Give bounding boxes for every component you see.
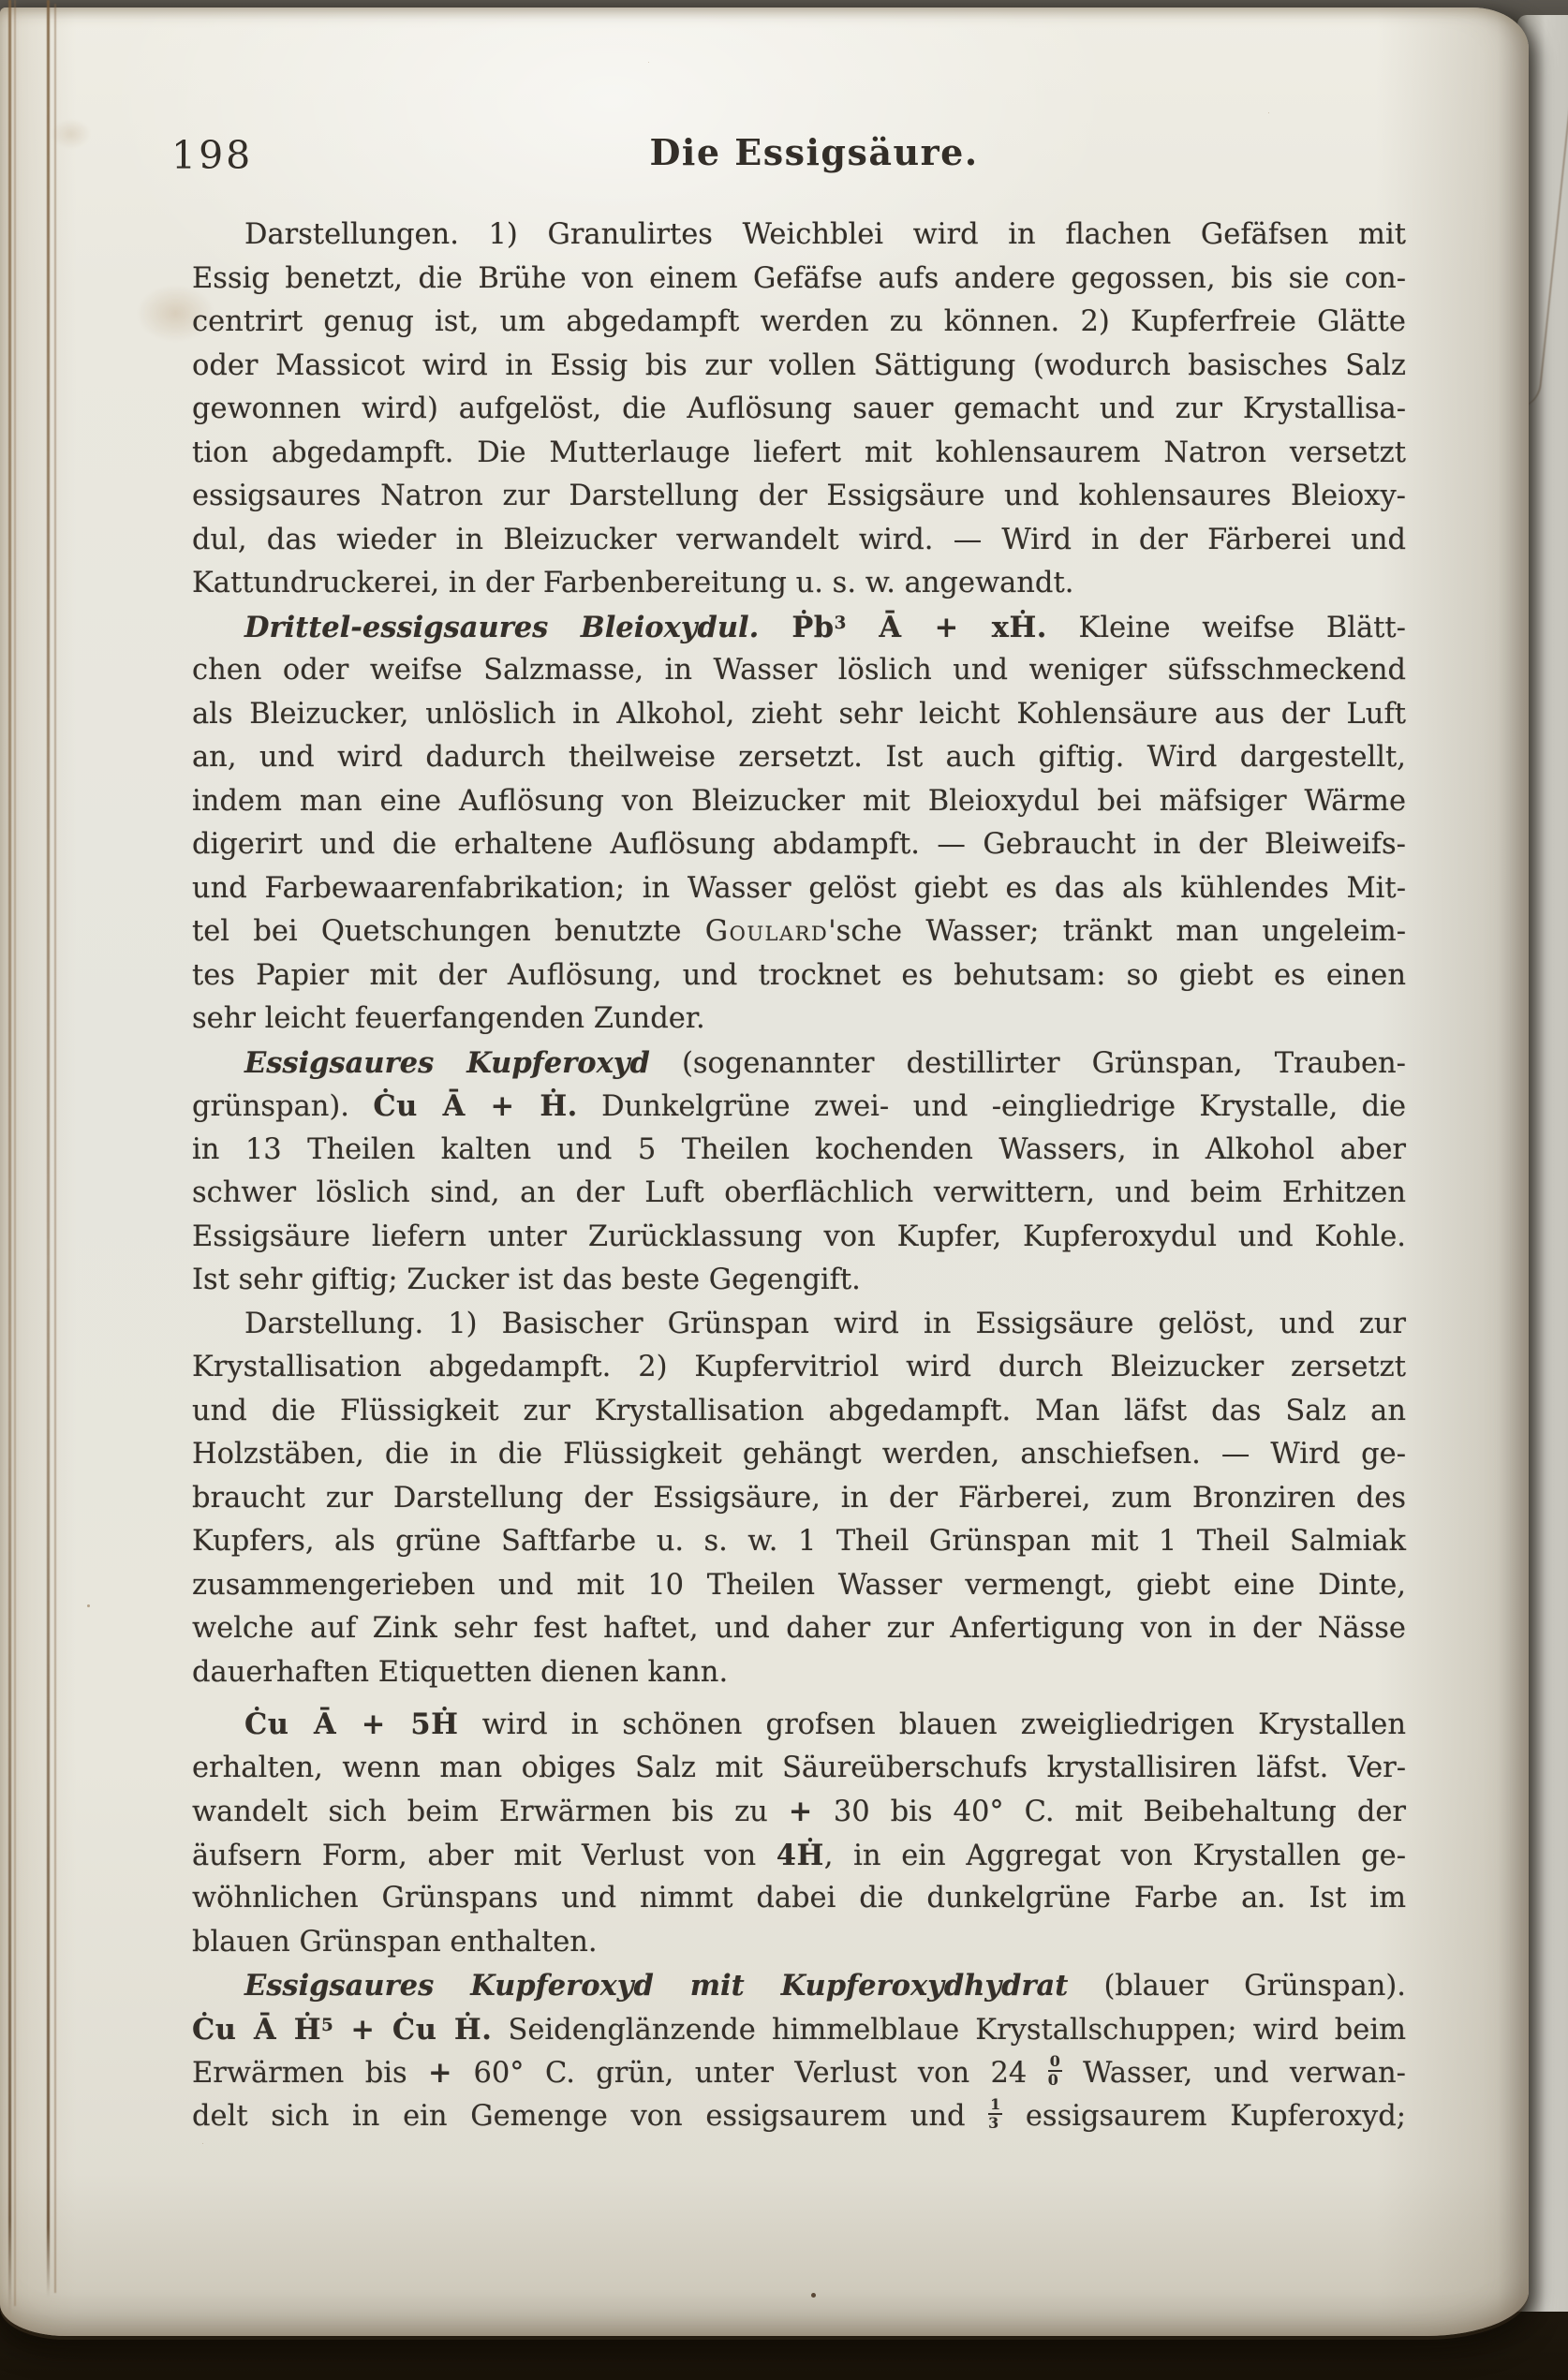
text-run: Essigsäure liefern unter Zurücklassung v… — [192, 1220, 1406, 1253]
text-run: Darstellungen. 1) Granulirtes Weichblei … — [244, 218, 1406, 251]
page-edge-line — [54, 4, 56, 2293]
text-line: dauerhaften Etiquetten dienen kann. — [192, 1651, 1406, 1695]
text-run: Essigsaures Kupferoxyd mit Kupferoxydhyd… — [244, 1969, 1068, 2003]
text-line: delt sich in ein Gemenge von essigsaurem… — [192, 2095, 1406, 2139]
chemical-formula: + — [428, 2056, 452, 2090]
text-line: tes Papier mit der Auflösung, und trockn… — [192, 954, 1406, 998]
text-line: grünspan). Ċu Ā + Ḣ. Dunkelgrüne zwei- … — [192, 1085, 1406, 1129]
text-line: Essig benetzt, die Brühe von einem Gefäf… — [192, 258, 1406, 302]
page-content: 198 Die Essigsäure. Darstellungen. 1) Gr… — [192, 131, 1406, 2138]
text-line: als Bleizucker, unlöslich in Alkohol, zi… — [192, 693, 1406, 737]
text-run: centrirt genug ist, um abgedampft werden… — [192, 305, 1406, 338]
text-run: blauen Grünspan enthalten. — [192, 1926, 598, 1959]
page-body-text: Darstellungen. 1) Granulirtes Weichblei … — [192, 214, 1406, 2138]
page-header: 198 Die Essigsäure. — [192, 131, 1406, 189]
text-run: Drittel-essigsaures Bleioxydul. — [244, 611, 759, 644]
text-line: Krystallisation abgedampft. 2) Kupfervit… — [192, 1346, 1406, 1390]
text-run: in 13 Theilen kalten und 5 Theilen koche… — [192, 1133, 1406, 1166]
text-line: Ċu Ā + 5Ḣ wird in schönen grofsen blaue… — [192, 1703, 1406, 1747]
text-run: welche auf Zink sehr fest haftet, und da… — [192, 1612, 1406, 1645]
text-line: Ist sehr giftig; Zucker ist das beste Ge… — [192, 1259, 1406, 1303]
text-line: zusammengerieben und mit 10 Theilen Wass… — [192, 1564, 1406, 1608]
text-run: 5 — [321, 2015, 333, 2034]
text-run: digerirt und die erhaltene Auflösung abd… — [192, 828, 1406, 861]
paragraph: Darstellung. 1) Basischer Grünspan wird … — [192, 1303, 1406, 1695]
text-line: erhalten, wenn man obiges Salz mit Säure… — [192, 1747, 1406, 1791]
paragraph: Essigsaures Kupferoxyd (sogenannter dest… — [192, 1042, 1406, 1303]
text-run: dul, das wieder in Bleizucker verwandelt… — [192, 524, 1406, 556]
text-run: Krystallisation abgedampft. 2) Kupfervit… — [192, 1351, 1406, 1383]
text-run: sehr leicht feuerfangenden Zunder. — [192, 1002, 705, 1035]
text-line: blauen Grünspan enthalten. — [192, 1921, 1406, 1965]
text-line: Holzstäben, die in die Flüssigkeit gehän… — [192, 1433, 1406, 1477]
text-line: Kattundruckerei, in der Farbenbereitung … — [192, 562, 1406, 606]
text-line: dul, das wieder in Bleizucker verwandelt… — [192, 519, 1406, 563]
text-line: und die Flüssigkeit zur Krystallisation … — [192, 1390, 1406, 1434]
paragraph: Essigsaures Kupferoxyd mit Kupferoxydhyd… — [192, 1964, 1406, 2138]
page-edge-line — [47, 0, 50, 2297]
text-line: tion abgedampft. Die Mutterlauge liefert… — [192, 432, 1406, 476]
text-run: Ist sehr giftig; Zucker ist das beste Ge… — [192, 1264, 861, 1296]
text-run: Essigsaures Kupferoxyd — [244, 1046, 650, 1080]
paragraph: Drittel-essigsaures Bleioxydul. Ṗb3 Ā + … — [192, 606, 1406, 1042]
paragraph: Darstellungen. 1) Granulirtes Weichblei … — [192, 214, 1406, 606]
text-run: chen oder weifse Salzmasse, in Wasser lö… — [192, 654, 1406, 687]
text-line: Drittel-essigsaures Bleioxydul. Ṗb3 Ā + … — [192, 606, 1406, 650]
text-line: indem man eine Auflösung von Bleizucker … — [192, 780, 1406, 824]
text-run: wöhnlichen Grünspans und nimmt dabei die… — [192, 1882, 1406, 1914]
chemical-formula: Ċu Ā + Ḣ. — [373, 1089, 577, 1123]
paper-specks — [0, 0, 5, 5]
text-run: tes Papier mit der Auflösung, und trockn… — [192, 959, 1406, 992]
text-line: Darstellung. 1) Basischer Grünspan wird … — [192, 1303, 1406, 1347]
text-run: indem man eine Auflösung von Bleizucker … — [192, 785, 1406, 818]
text-run: Darstellung. 1) Basischer Grünspan wird … — [244, 1308, 1406, 1340]
text-run: delt sich in ein Gemenge von essigsaurem… — [192, 2100, 988, 2133]
chemical-formula: Ā + xḢ. — [846, 611, 1047, 644]
text-run: 3 — [835, 613, 847, 632]
text-line: Essigsaures Kupferoxyd mit Kupferoxydhyd… — [192, 1964, 1406, 2008]
page-edge-line — [8, 0, 11, 2313]
text-line: braucht zur Darstellung der Essigsäure, … — [192, 1477, 1406, 1521]
text-run: Kupfers, als grüne Saftfarbe u. s. w. 1 … — [192, 1525, 1406, 1558]
text-run: wird in schönen grofsen blauen zweiglied… — [458, 1708, 1406, 1741]
text-run: Kattundruckerei, in der Farbenbereitung … — [192, 567, 1073, 599]
text-run: (blauer Grünspan). — [1068, 1970, 1406, 2003]
text-run: und Farbewaarenfabrikation; in Wasser ge… — [192, 872, 1406, 905]
chemical-formula: Ċu Ā + 5Ḣ — [244, 1707, 458, 1741]
text-line: gewonnen wird) aufgelöst, die Auflösung … — [192, 388, 1406, 432]
text-run: Holzstäben, die in die Flüssigkeit gehän… — [192, 1438, 1406, 1471]
text-line: wandelt sich beim Erwärmen bis zu + 30 b… — [192, 1790, 1406, 1834]
text-line: oder Massicot wird in Essig bis zur voll… — [192, 345, 1406, 389]
page-edge-line — [14, 0, 16, 2306]
chemical-formula: 4Ḣ — [777, 1839, 824, 1872]
chemical-formula: Ċu Ā Ḣ — [192, 2013, 321, 2047]
text-run: dauerhaften Etiquetten dienen kann. — [192, 1656, 728, 1689]
text-run: an, und wird dadurch theilweise zersetzt… — [192, 741, 1406, 774]
text-run: und die Flüssigkeit zur Krystallisation … — [192, 1395, 1406, 1427]
text-run: essigsaures Natron zur Darstellung der E… — [192, 480, 1406, 512]
text-run: , in ein Aggregat von Krystallen ge- — [824, 1840, 1406, 1872]
text-line: Erwärmen bis + 60° C. grün, unter Verlus… — [192, 2051, 1406, 2095]
text-run: tel bei Quetschungen benutzte — [192, 915, 705, 948]
text-line: tel bei Quetschungen benutzte Goulard'sc… — [192, 910, 1406, 954]
text-run: Dunkelgrüne zwei- und -eingliedrige Krys… — [578, 1090, 1406, 1123]
text-run: zusammengerieben und mit 10 Theilen Wass… — [192, 1569, 1406, 1602]
text-run: 'sche Wasser; tränkt man ungeleim- — [828, 915, 1406, 948]
text-run: gewonnen wird) aufgelöst, die Auflösung … — [192, 392, 1406, 425]
text-run: Goulard — [705, 915, 829, 948]
text-run: Seidenglänzende himmelblaue Krystallschu… — [492, 2014, 1406, 2047]
text-run: (sogenannter destillirter Grünspan, Trau… — [650, 1047, 1406, 1080]
text-line: chen oder weifse Salzmasse, in Wasser lö… — [192, 649, 1406, 693]
text-line: Kupfers, als grüne Saftfarbe u. s. w. 1 … — [192, 1520, 1406, 1564]
text-line: Essigsaures Kupferoxyd (sogenannter dest… — [192, 1042, 1406, 1086]
text-line: sehr leicht feuerfangenden Zunder. — [192, 998, 1406, 1042]
paper-stain — [43, 112, 99, 155]
text-run: äufsern Form, aber mit Verlust von — [192, 1840, 777, 1872]
text-line: und Farbewaarenfabrikation; in Wasser ge… — [192, 867, 1406, 911]
text-line: essigsaures Natron zur Darstellung der E… — [192, 475, 1406, 519]
text-line: digerirt und die erhaltene Auflösung abd… — [192, 823, 1406, 867]
paragraph: Ċu Ā + 5Ḣ wird in schönen grofsen blaue… — [192, 1703, 1406, 1964]
page-title: Die Essigsäure. — [207, 131, 1421, 173]
text-run: tion abgedampft. Die Mutterlauge liefert… — [192, 436, 1406, 469]
text-line: äufsern Form, aber mit Verlust von 4Ḣ, … — [192, 1834, 1406, 1878]
text-line: centrirt genug ist, um abgedampft werden… — [192, 301, 1406, 345]
chemical-formula: + — [789, 1795, 813, 1828]
text-run: 30 bis 40° C. mit Beibehaltung der — [813, 1796, 1406, 1828]
text-run: Wasser, und verwan- — [1062, 2057, 1406, 2090]
text-line: Darstellungen. 1) Granulirtes Weichblei … — [192, 214, 1406, 258]
text-run: grünspan). — [192, 1090, 373, 1123]
text-run: wandelt sich beim Erwärmen bis zu — [192, 1796, 789, 1828]
text-line: schwer löslich sind, an der Luft oberflä… — [192, 1172, 1406, 1216]
fraction: 13 — [988, 2097, 1002, 2131]
chemical-formula: Ṗb — [759, 611, 834, 644]
text-run: braucht zur Darstellung der Essigsäure, … — [192, 1482, 1406, 1515]
text-line: Ċu Ā Ḣ5 + Ċu Ḣ. Seidenglänzende himmel… — [192, 2008, 1406, 2052]
fraction: 00 — [1048, 2054, 1062, 2088]
text-run: 60° C. grün, unter Verlust von 24 — [452, 2057, 1048, 2090]
text-line: Essigsäure liefern unter Zurücklassung v… — [192, 1216, 1406, 1260]
text-run: essigsaurem Kupferoxyd; — [1002, 2100, 1406, 2133]
text-line: welche auf Zink sehr fest haftet, und da… — [192, 1607, 1406, 1651]
text-run: schwer löslich sind, an der Luft oberflä… — [192, 1176, 1406, 1209]
text-line: wöhnlichen Grünspans und nimmt dabei die… — [192, 1877, 1406, 1921]
text-line: in 13 Theilen kalten und 5 Theilen koche… — [192, 1129, 1406, 1173]
text-run: Essig benetzt, die Brühe von einem Gefäf… — [192, 262, 1406, 295]
text-run: Kleine weifse Blätt- — [1047, 612, 1406, 644]
chemical-formula: + Ċu Ḣ. — [333, 2013, 493, 2047]
text-run: Erwärmen bis — [192, 2057, 428, 2090]
text-run: erhalten, wenn man obiges Salz mit Säure… — [192, 1752, 1406, 1784]
text-run: oder Massicot wird in Essig bis zur voll… — [192, 349, 1406, 382]
text-run: als Bleizucker, unlöslich in Alkohol, zi… — [192, 698, 1406, 731]
text-line: an, und wird dadurch theilweise zersetzt… — [192, 736, 1406, 780]
